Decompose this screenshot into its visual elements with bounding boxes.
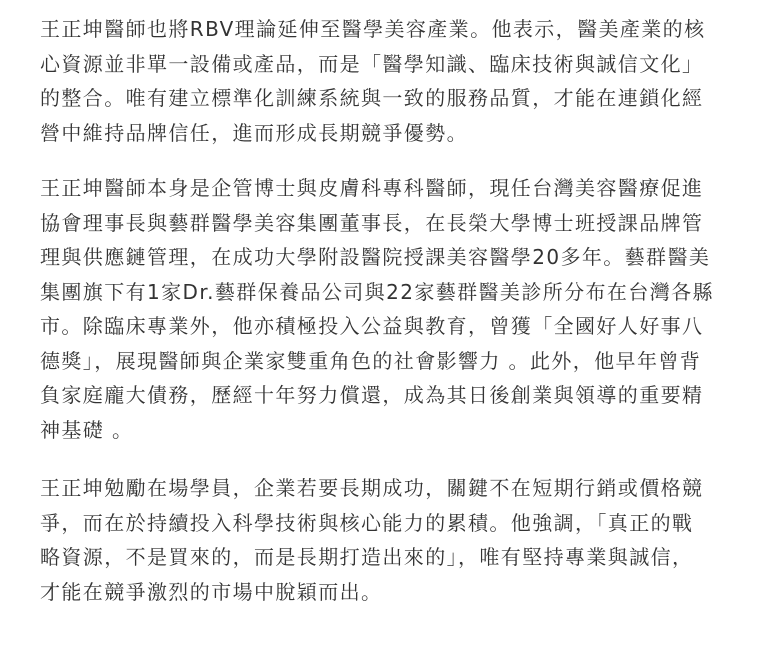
paragraph-rbv-medical-aesthetics: 王正坤醫師也將RBV理論延伸至醫學美容產業。他表示，醫美產業的核 心資源並非單一… [40, 12, 705, 150]
text-line: 協會理事長與藝群醫學美容集團董事長，在長榮大學博士班授課品牌管 [40, 206, 714, 241]
paragraph-biography: 王正坤醫師本身是企管博士與皮膚科專科醫師，現任台灣美容醫療促進 協會理事長與藝群… [40, 171, 714, 447]
text-line: 的整合。唯有建立標準化訓練系統與一致的服務品質，才能在連鎖化經 [40, 81, 705, 116]
text-line: 爭，而在於持續投入科學技術與核心能力的累積。他強調，「真正的戰 [40, 506, 703, 541]
text-line: 集團旗下有1家Dr.藝群保養品公司與22家藝群醫美診所分布在台灣各縣 [40, 275, 714, 310]
text-line: 神基礎 。 [40, 413, 714, 448]
text-line: 王正坤勉勵在場學員，企業若要長期成功，關鍵不在短期行銷或價格競 [40, 471, 703, 506]
text-line: 王正坤醫師本身是企管博士與皮膚科專科醫師，現任台灣美容醫療促進 [40, 171, 714, 206]
text-line: 才能在競爭激烈的市場中脫穎而出。 [40, 575, 703, 610]
text-line: 心資源並非單一設備或產品，而是「醫學知識、臨床技術與誠信文化」 [40, 47, 705, 82]
text-line: 王正坤醫師也將RBV理論延伸至醫學美容產業。他表示，醫美產業的核 [40, 12, 705, 47]
text-line: 營中維持品牌信任，進而形成長期競爭優勢。 [40, 116, 705, 151]
text-line: 略資源，不是買來的，而是長期打造出來的」，唯有堅持專業與誠信， [40, 540, 703, 575]
text-line: 理與供應鏈管理，在成功大學附設醫院授課美容醫學20多年。藝群醫美 [40, 240, 714, 275]
text-line: 市。除臨床專業外，他亦積極投入公益與教育，曾獲「全國好人好事八 [40, 309, 714, 344]
text-line: 負家庭龐大債務，歷經十年努力償還，成為其日後創業與領導的重要精 [40, 378, 714, 413]
paragraph-closing-advice: 王正坤勉勵在場學員，企業若要長期成功，關鍵不在短期行銷或價格競 爭，而在於持續投… [40, 471, 703, 609]
text-line: 德獎」，展現醫師與企業家雙重角色的社會影響力 。此外，他早年曾背 [40, 344, 714, 379]
